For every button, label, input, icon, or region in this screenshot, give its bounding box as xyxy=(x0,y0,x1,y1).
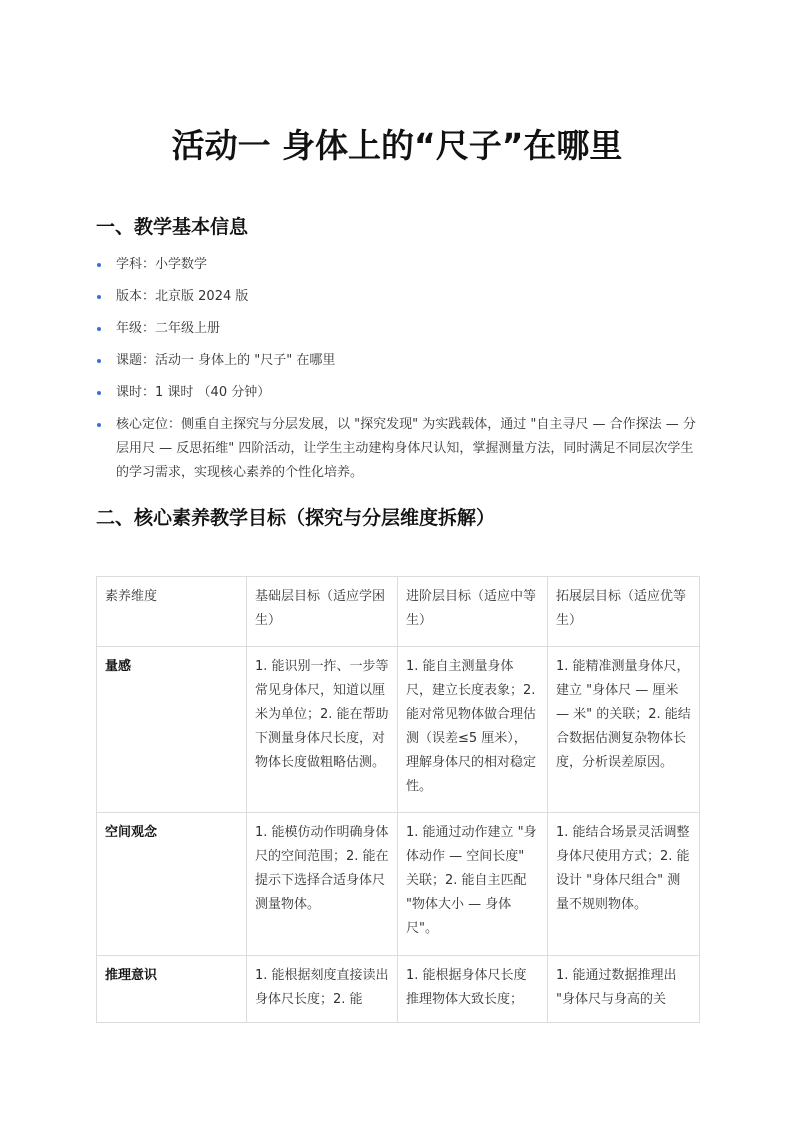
list-item-duration: 课时：1 课时 （40 分钟） xyxy=(96,381,706,405)
dimension-cell: 空间观念 xyxy=(97,813,247,956)
list-item-topic: 课题：活动一 身体上的 "尺子" 在哪里 xyxy=(96,349,706,373)
bullet-icon xyxy=(97,327,101,331)
header-cell-intermediate: 进阶层目标（适应中等生） xyxy=(398,577,548,647)
info-value: 活动一 身体上的 "尺子" 在哪里 xyxy=(155,353,335,368)
list-item-edition: 版本：北京版 2024 版 xyxy=(96,285,706,309)
advanced-goal-cell: 1. 能精准测量身体尺，建立 "身体尺 — 厘米 — 米" 的关联；2. 能结合… xyxy=(548,647,700,813)
bullet-icon xyxy=(97,263,101,267)
advanced-goal-cell: 1. 能通过数据推理出 "身体尺与身高的关 xyxy=(548,956,700,1023)
intermediate-goal-cell: 1. 能根据身体尺长度推理物体大致长度； xyxy=(398,956,548,1023)
bullet-icon xyxy=(97,423,101,427)
list-item-core-positioning: 核心定位：侧重自主探究与分层发展，以 "探究发现" 为实践载体，通过 "自主寻尺… xyxy=(96,413,706,485)
advanced-goal-cell: 1. 能结合场景灵活调整身体尺使用方式；2. 能设计 "身体尺组合" 测量不规则… xyxy=(548,813,700,956)
intermediate-goal-cell: 1. 能自主测量身体尺，建立长度表象；2. 能对常见物体做合理估测（误差≤5 厘… xyxy=(398,647,548,813)
basic-goal-cell: 1. 能模仿动作明确身体尺的空间范围；2. 能在提示下选择合适身体尺测量物体。 xyxy=(247,813,398,956)
table-header-row: 素养维度 基础层目标（适应学困生） 进阶层目标（适应中等生） 拓展层目标（适应优… xyxy=(97,577,700,647)
header-cell-dimension: 素养维度 xyxy=(97,577,247,647)
basic-info-list: 学科：小学数学 版本：北京版 2024 版 年级：二年级上册 课题：活动一 身体… xyxy=(96,253,706,493)
section-heading-basic-info: 一、教学基本信息 xyxy=(96,214,248,240)
info-value: 小学数学 xyxy=(155,257,207,272)
bullet-icon xyxy=(97,295,101,299)
info-label: 课时： xyxy=(116,385,155,400)
info-value: 北京版 2024 版 xyxy=(155,289,248,304)
info-label: 年级： xyxy=(116,321,155,336)
info-label: 版本： xyxy=(116,289,155,304)
dimension-cell: 推理意识 xyxy=(97,956,247,1023)
intermediate-goal-cell: 1. 能通过动作建立 "身体动作 — 空间长度" 关联；2. 能自主匹配 "物体… xyxy=(398,813,548,956)
goals-table: 素养维度 基础层目标（适应学困生） 进阶层目标（适应中等生） 拓展层目标（适应优… xyxy=(96,576,700,1023)
info-value: 1 课时 （40 分钟） xyxy=(155,385,270,400)
info-value: 二年级上册 xyxy=(155,321,220,336)
header-cell-advanced: 拓展层目标（适应优等生） xyxy=(548,577,700,647)
info-label: 核心定位： xyxy=(116,417,181,432)
bullet-icon xyxy=(97,391,101,395)
info-value: 侧重自主探究与分层发展，以 "探究发现" 为实践载体，通过 "自主寻尺 — 合作… xyxy=(116,417,696,480)
list-item-subject: 学科：小学数学 xyxy=(96,253,706,277)
list-item-grade: 年级：二年级上册 xyxy=(96,317,706,341)
page-title: 活动一 身体上的“尺子”在哪里 xyxy=(0,124,794,168)
section-heading-goals: 二、核心素养教学目标（探究与分层维度拆解） xyxy=(96,505,495,531)
bullet-icon xyxy=(97,359,101,363)
table-row: 推理意识 1. 能根据刻度直接读出身体尺长度；2. 能 1. 能根据身体尺长度推… xyxy=(97,956,700,1023)
basic-goal-cell: 1. 能根据刻度直接读出身体尺长度；2. 能 xyxy=(247,956,398,1023)
basic-goal-cell: 1. 能识别一拃、一步等常见身体尺，知道以厘米为单位；2. 能在帮助下测量身体尺… xyxy=(247,647,398,813)
dimension-cell: 量感 xyxy=(97,647,247,813)
table-row: 空间观念 1. 能模仿动作明确身体尺的空间范围；2. 能在提示下选择合适身体尺测… xyxy=(97,813,700,956)
table-row: 量感 1. 能识别一拃、一步等常见身体尺，知道以厘米为单位；2. 能在帮助下测量… xyxy=(97,647,700,813)
header-cell-basic: 基础层目标（适应学困生） xyxy=(247,577,398,647)
info-label: 学科： xyxy=(116,257,155,272)
info-label: 课题： xyxy=(116,353,155,368)
